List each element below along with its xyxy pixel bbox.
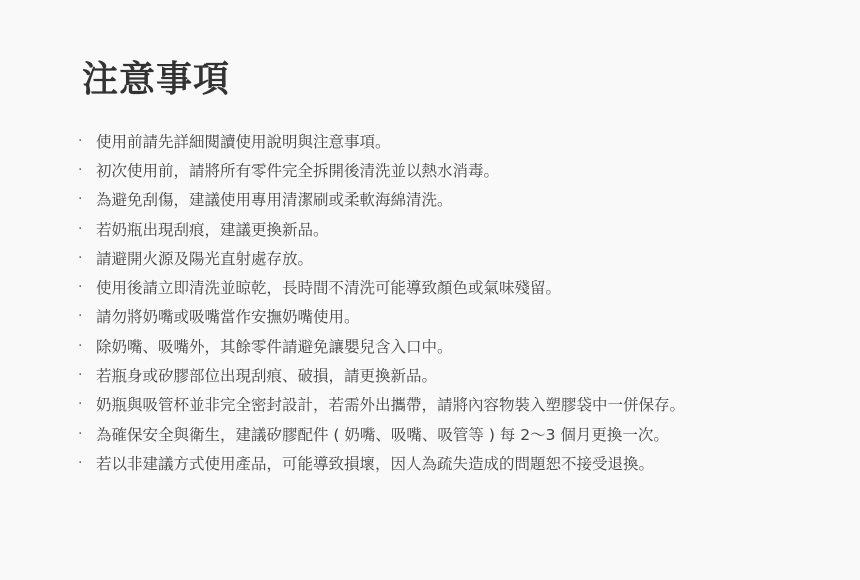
list-item: ·使用前請先詳細閱讀使用說明與注意事項。 <box>78 126 685 155</box>
list-item-text: 請勿將奶嘴或吸嘴當作安撫奶嘴使用。 <box>96 305 360 327</box>
list-item: ·請避開火源及陽光直射處存放。 <box>78 243 685 272</box>
list-item-text: 若奶瓶出現刮痕，建議更換新品。 <box>96 218 329 240</box>
list-item: ·為確保安全與衛生，建議矽膠配件 ( 奶嘴、吸嘴、吸管等 ) 每 2～3 個月更… <box>78 419 685 448</box>
list-item: ·初次使用前，請將所有零件完全拆開後清洗並以熱水消毒。 <box>78 155 685 184</box>
list-item: ·若以非建議方式使用產品，可能導致損壞，因人為疏失造成的問題恕不接受退換。 <box>78 448 685 477</box>
bullet-icon: · <box>78 250 96 266</box>
bullet-icon: · <box>78 133 96 149</box>
list-item-text: 奶瓶與吸管杯並非完全密封設計，若需外出攜帶，請將內容物裝入塑膠袋中一併保存。 <box>96 393 685 415</box>
list-item: ·除奶嘴、吸嘴外，其餘零件請避免讓嬰兒含入口中。 <box>78 331 685 360</box>
list-item-text: 若以非建議方式使用產品，可能導致損壞，因人為疏失造成的問題恕不接受退換。 <box>96 452 654 474</box>
list-item-text: 使用後請立即清洗並晾乾，長時間不清洗可能導致顏色或氣味殘留。 <box>96 276 561 298</box>
list-item: ·請勿將奶嘴或吸嘴當作安撫奶嘴使用。 <box>78 302 685 331</box>
bullet-icon: · <box>78 308 96 324</box>
bullet-icon: · <box>78 426 96 442</box>
bullet-icon: · <box>78 162 96 178</box>
bullet-icon: · <box>78 455 96 471</box>
bullet-icon: · <box>78 191 96 207</box>
bullet-icon: · <box>78 367 96 383</box>
notice-section: 注意事項 ·使用前請先詳細閱讀使用說明與注意事項。 ·初次使用前，請將所有零件完… <box>78 52 685 478</box>
notice-list: ·使用前請先詳細閱讀使用說明與注意事項。 ·初次使用前，請將所有零件完全拆開後清… <box>78 126 685 478</box>
list-item: ·若奶瓶出現刮痕，建議更換新品。 <box>78 214 685 243</box>
list-item-text: 除奶嘴、吸嘴外，其餘零件請避免讓嬰兒含入口中。 <box>96 335 453 357</box>
list-item: ·為避免刮傷，建議使用專用清潔刷或柔軟海綿清洗。 <box>78 185 685 214</box>
list-item-text: 為避免刮傷，建議使用專用清潔刷或柔軟海綿清洗。 <box>96 188 453 210</box>
list-item-text: 初次使用前，請將所有零件完全拆開後清洗並以熱水消毒。 <box>96 159 499 181</box>
list-item: ·若瓶身或矽膠部位出現刮痕、破損，請更換新品。 <box>78 360 685 389</box>
list-item-text: 若瓶身或矽膠部位出現刮痕、破損，請更換新品。 <box>96 364 437 386</box>
list-item-text: 為確保安全與衛生，建議矽膠配件 ( 奶嘴、吸嘴、吸管等 ) 每 2～3 個月更換… <box>96 423 669 445</box>
list-item: ·奶瓶與吸管杯並非完全密封設計，若需外出攜帶，請將內容物裝入塑膠袋中一併保存。 <box>78 390 685 419</box>
list-item-text: 請避開火源及陽光直射處存放。 <box>96 247 313 269</box>
bullet-icon: · <box>78 221 96 237</box>
bullet-icon: · <box>78 338 96 354</box>
notice-title: 注意事項 <box>82 52 685 108</box>
bullet-icon: · <box>78 279 96 295</box>
list-item: ·使用後請立即清洗並晾乾，長時間不清洗可能導致顏色或氣味殘留。 <box>78 272 685 301</box>
list-item-text: 使用前請先詳細閱讀使用說明與注意事項。 <box>96 130 391 152</box>
bullet-icon: · <box>78 396 96 412</box>
